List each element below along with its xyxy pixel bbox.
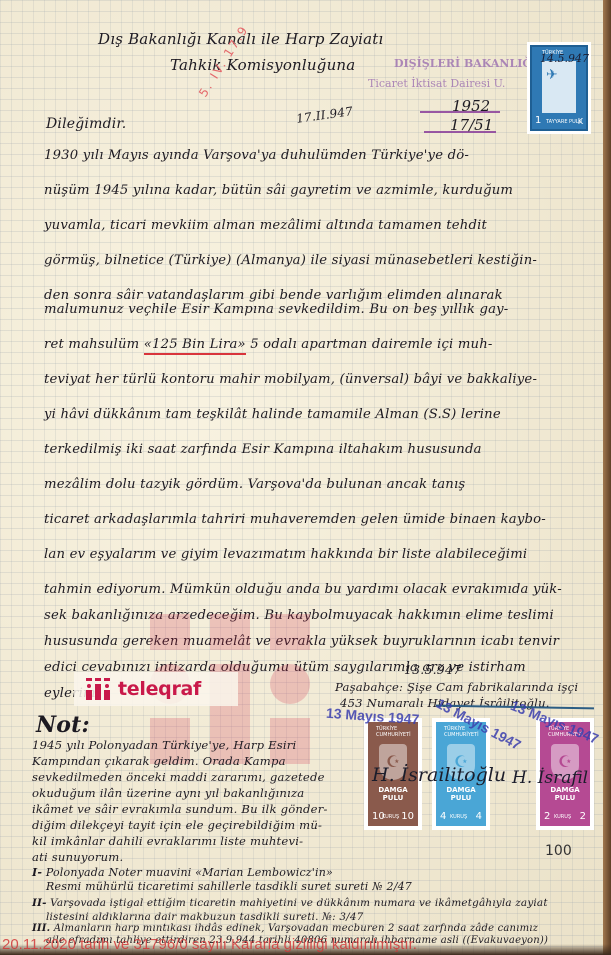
- note-line: ikâmet ve sâir evrakımla sundum. Bu ilk …: [32, 802, 328, 816]
- body-line: malumunuz veçhile Esir Kampına sevkedild…: [44, 302, 508, 317]
- note-line: Kampından çıkarak geldim. Orada Kampa: [32, 754, 286, 768]
- registry-year: 1952: [452, 97, 490, 115]
- stamp-overwrite-date: 14.5.947: [540, 52, 589, 65]
- page-number: 100: [545, 843, 572, 859]
- amount-prefix: ret mahsulüm: [44, 337, 139, 352]
- note-line: sevkedilmeden önceki maddi zararımı, gaz…: [32, 770, 325, 784]
- ministry-stamp-line-1: DIŞİŞLERİ BAKANLIĞI: [368, 54, 537, 74]
- registry-number: 17/51: [450, 116, 493, 134]
- addressee-line-2: Tahkik Komisyonluğuna: [170, 56, 355, 74]
- highlighted-amount: «125 Bin Lira»: [144, 337, 246, 355]
- note-line: ati sunuyorum.: [32, 850, 123, 864]
- body-line: yi hâvi dükkânım tam teşkilât halinde ta…: [44, 407, 501, 422]
- sign-date: 13.5.947: [404, 662, 461, 677]
- amount-suffix: 5 odalı apartman dairemle içi muh-: [250, 337, 492, 352]
- note-heading: Not:: [36, 712, 90, 738]
- enclosure-item-cont: listesini aldıklarına dair makbuzun tasd…: [46, 911, 364, 923]
- body-line: görmüş, bilnetice (Türkiye) (Almanya) il…: [44, 253, 537, 268]
- greeting: Dileğimdir.: [46, 116, 126, 132]
- note-line: kil imkânlar dahili evraklarımı liste mu…: [32, 834, 303, 848]
- stamp-currency-short: K: [578, 117, 583, 126]
- body-line: terkedilmiş iki saat zarfında Esir Kampı…: [44, 442, 482, 457]
- teleqraf-logo-icon: [86, 678, 110, 700]
- signature-short: H. İsrafil: [512, 768, 588, 788]
- body-line: ticaret arkadaşlarımla tahriri muhaverem…: [44, 512, 546, 527]
- ministry-stamp-line-2: Ticaret İktisat Dairesi U.: [368, 74, 537, 94]
- enclosure-item-cont: Resmi mühürlü ticaretimi sahillerle tasd…: [46, 880, 412, 893]
- declassification-notice: 20.11.2020 tarih ve 31796/0 sayılı Karar…: [2, 936, 417, 953]
- paper-edge: [603, 0, 611, 955]
- note-line: diğim dilekçeyi tayit için ele geçirebil…: [32, 818, 322, 832]
- body-line: 1930 yılı Mayıs ayında Varşova'ya duhulü…: [44, 148, 469, 163]
- enclosure-item: II- Varşovada iştigal ettiğim ticaretin …: [32, 897, 548, 909]
- body-line-amount: ret mahsulüm «125 Bin Lira» 5 odalı apar…: [44, 337, 493, 352]
- body-line: teviyat her türlü kontoru mahir mobilyam…: [44, 372, 537, 387]
- enclosure-item: I- Polonyada Noter muavini «Marian Lembo…: [32, 866, 333, 879]
- body-line: den sonra sâir vatandaşlarım gibi bende …: [44, 288, 503, 303]
- note-line: okuduğum ilân üzerine aynı yıl bakanlığı…: [32, 786, 304, 800]
- stamp-label: TAYYARE PULU: [546, 119, 582, 125]
- ministry-stamp: DIŞİŞLERİ BAKANLIĞI Ticaret İktisat Dair…: [368, 54, 537, 94]
- body-line: yuvamla, ticari mevkiim alman mezâlimi a…: [44, 218, 487, 233]
- airplane-icon: ✈: [546, 67, 558, 83]
- enclosure-item: III. Almanların harp mıntıkası ihdâs edi…: [32, 923, 538, 934]
- note-line: 1945 yılı Polonyadan Türkiye'ye, Harp Es…: [32, 738, 296, 752]
- body-line: lan ev eşyalarım ve giyim levazımatım ha…: [44, 547, 527, 562]
- body-line: nüşüm 1945 yılına kadar, bütün sâi gayre…: [44, 183, 513, 198]
- teleqraf-logo: teleqraf: [74, 672, 238, 706]
- stamp-value: 1: [535, 115, 541, 126]
- body-line: tahmin ediyorum. Mümkün olduğu anda bu y…: [44, 582, 562, 597]
- body-line: mezâlim dolu tazyik gördüm. Varşova'da b…: [44, 477, 465, 492]
- signature-over-stamps: H. İsrailitoğlu: [372, 764, 506, 786]
- teleqraf-brand-text: teleqraf: [118, 678, 201, 700]
- sender-line-1: Paşabahçe: Şişe Cam fabrikalarında işçi: [335, 680, 578, 694]
